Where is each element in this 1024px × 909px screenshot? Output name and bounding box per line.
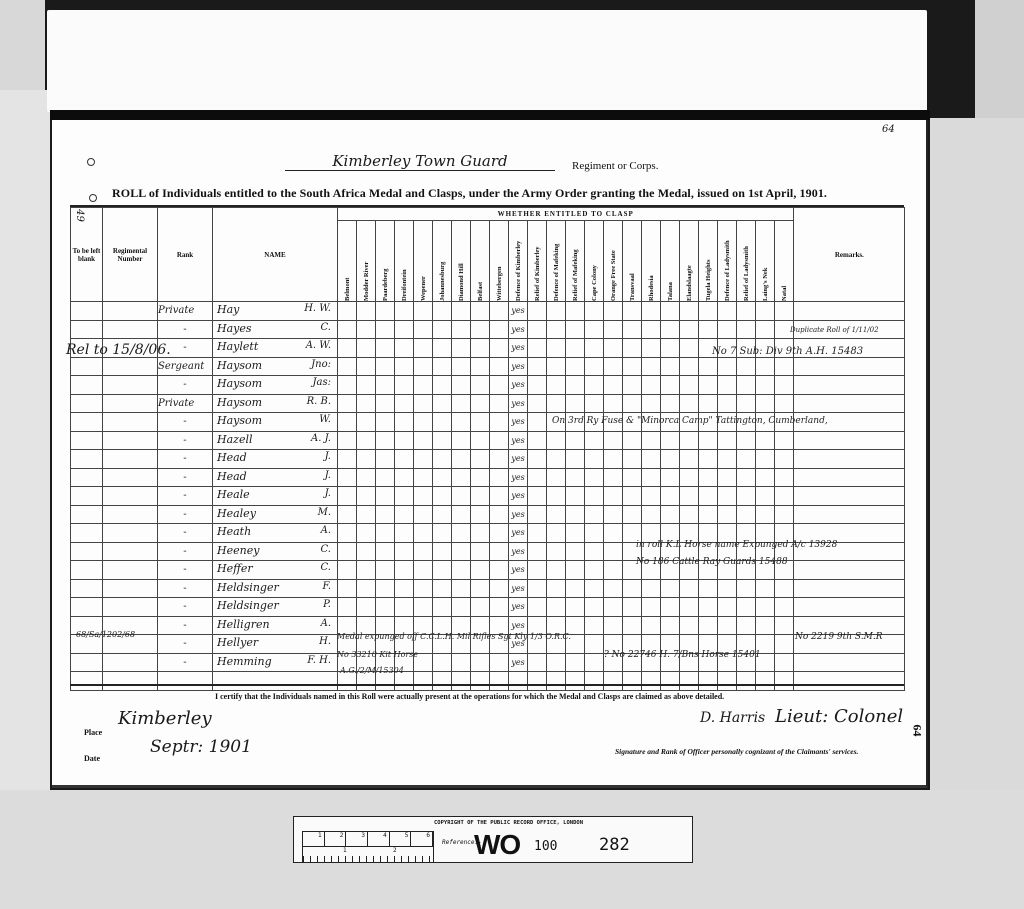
cell-clasp	[357, 524, 376, 543]
cell-clasp: yes	[509, 413, 528, 432]
cell-clasp	[490, 505, 509, 524]
cell-left-blank	[71, 487, 103, 506]
cell-clasp	[490, 561, 509, 580]
cell-clasp	[680, 616, 699, 635]
cell-clasp	[452, 302, 471, 321]
clasp-label: Laing's Nek	[762, 221, 769, 301]
cell-clasp	[718, 376, 737, 395]
cell-clasp	[414, 579, 433, 598]
cell-clasp	[414, 468, 433, 487]
clasp-label: Orange Free State	[610, 221, 617, 301]
table-row: -HazellA. J.yes	[71, 431, 905, 450]
cell-clasp	[604, 505, 623, 524]
ruler-tick-label: 6	[411, 832, 433, 846]
cell-clasp	[699, 357, 718, 376]
cell-clasp	[338, 357, 357, 376]
cell-clasp	[566, 505, 585, 524]
signature-label: Signature and Rank of Officer personally…	[615, 747, 858, 756]
scale-ruler: 123456 12	[302, 831, 434, 863]
surname: Heale	[217, 488, 250, 501]
cell-clasp	[585, 524, 604, 543]
cell-clasp	[585, 561, 604, 580]
cell-blank	[566, 672, 585, 691]
cell-clasp	[680, 487, 699, 506]
cell-regimental-number	[103, 505, 158, 524]
cell-clasp	[718, 450, 737, 469]
cell-clasp	[775, 357, 794, 376]
cell-clasp	[528, 394, 547, 413]
cell-regimental-number	[103, 450, 158, 469]
cell-clasp	[395, 598, 414, 617]
surname: Haysom	[217, 414, 262, 427]
cell-clasp	[718, 431, 737, 450]
cell-clasp	[395, 302, 414, 321]
cell-clasp	[566, 339, 585, 358]
cell-clasp	[699, 394, 718, 413]
cell-clasp	[718, 487, 737, 506]
cell-clasp	[490, 376, 509, 395]
cell-clasp	[680, 450, 699, 469]
cell-clasp	[528, 357, 547, 376]
cell-rank: -	[158, 505, 213, 524]
cell-clasp	[547, 339, 566, 358]
reference-card: 123456 12 COPYRIGHT OF THE PUBLIC RECORD…	[293, 816, 693, 863]
cell-clasp	[528, 487, 547, 506]
surname: Head	[217, 451, 247, 464]
cell-clasp	[623, 357, 642, 376]
cell-remarks	[794, 579, 905, 598]
cell-clasp	[604, 394, 623, 413]
cell-clasp	[623, 339, 642, 358]
cell-clasp	[699, 598, 718, 617]
place-label: Place	[84, 728, 102, 737]
cell-clasp	[433, 468, 452, 487]
cell-clasp	[756, 505, 775, 524]
cell-clasp	[433, 413, 452, 432]
cell-clasp	[452, 598, 471, 617]
cell-clasp	[338, 524, 357, 543]
cell-clasp	[490, 450, 509, 469]
cell-clasp	[566, 376, 585, 395]
cell-clasp	[718, 616, 737, 635]
cell-clasp	[452, 320, 471, 339]
cell-clasp	[585, 635, 604, 654]
cell-clasp	[585, 505, 604, 524]
cell-clasp	[395, 320, 414, 339]
cell-clasp	[433, 394, 452, 413]
initials: J.	[325, 470, 331, 481]
surname: Heath	[217, 525, 251, 538]
cell-blank	[158, 672, 213, 691]
col-name: NAME	[213, 208, 338, 302]
cell-clasp	[357, 413, 376, 432]
scan-margin-left	[0, 90, 50, 790]
cell-regimental-number	[103, 357, 158, 376]
cell-clasp	[376, 320, 395, 339]
cell-left-blank	[71, 579, 103, 598]
col-clasp: Tugela Heights	[699, 221, 718, 302]
signature-rank: Lieut: Colonel	[775, 706, 903, 727]
cell-clasp	[376, 413, 395, 432]
cell-clasp	[376, 487, 395, 506]
cell-clasp: yes	[509, 487, 528, 506]
cell-clasp	[775, 653, 794, 672]
surname: Heeney	[217, 544, 259, 557]
cell-name: HaysomR. B.	[213, 394, 338, 413]
cell-blank	[718, 672, 737, 691]
remark-row-7: On 3rd Ry Fuse & "Minorca Camp" Tattingt…	[552, 416, 828, 426]
cell-rank: -	[158, 450, 213, 469]
cell-clasp	[376, 505, 395, 524]
cell-remarks	[794, 357, 905, 376]
clasp-label: Modder River	[363, 221, 370, 301]
col-clasp: Wepener	[414, 221, 433, 302]
cell-regimental-number	[103, 487, 158, 506]
cell-clasp	[528, 431, 547, 450]
cell-clasp	[566, 487, 585, 506]
cell-clasp	[566, 302, 585, 321]
cell-clasp	[395, 431, 414, 450]
cell-clasp	[604, 468, 623, 487]
cell-remarks	[794, 505, 905, 524]
cell-clasp	[338, 431, 357, 450]
col-clasp: Relief of Mafeking	[566, 221, 585, 302]
cell-clasp	[528, 598, 547, 617]
cell-clasp	[338, 413, 357, 432]
cell-clasp	[680, 431, 699, 450]
cell-regimental-number	[103, 524, 158, 543]
cell-clasp: yes	[509, 505, 528, 524]
certification-text: I certify that the Individuals named in …	[215, 692, 724, 701]
cell-clasp	[661, 339, 680, 358]
clasp-label: Tugela Heights	[705, 221, 712, 301]
cell-blank	[623, 672, 642, 691]
cell-clasp	[395, 561, 414, 580]
cell-clasp	[338, 561, 357, 580]
cell-regimental-number	[103, 468, 158, 487]
clasp-label: Dreifontein	[401, 221, 408, 301]
initials: Jas:	[313, 377, 331, 388]
cell-clasp	[471, 357, 490, 376]
cell-clasp	[357, 487, 376, 506]
cell-clasp: yes	[509, 561, 528, 580]
cell-clasp: yes	[509, 320, 528, 339]
ruler-tick-label: 3	[346, 832, 368, 846]
cell-clasp	[661, 320, 680, 339]
col-clasp: Diamond Hill	[452, 221, 471, 302]
cell-clasp	[737, 598, 756, 617]
folio-number: 49	[74, 209, 85, 222]
cell-clasp	[528, 302, 547, 321]
cell-left-blank	[71, 357, 103, 376]
cell-clasp	[775, 505, 794, 524]
cell-left-blank	[71, 413, 103, 432]
cell-blank	[547, 672, 566, 691]
cell-clasp	[433, 339, 452, 358]
cell-rank: -	[158, 413, 213, 432]
cell-clasp	[395, 376, 414, 395]
col-clasp: Defence of Mafeking	[547, 221, 566, 302]
surname: Hellyer	[217, 636, 258, 649]
cell-blank	[680, 672, 699, 691]
cell-rank: -	[158, 376, 213, 395]
cell-blank	[452, 672, 471, 691]
cell-name: HeeneyC.	[213, 542, 338, 561]
cell-name: HaysomJno:	[213, 357, 338, 376]
cell-clasp	[642, 302, 661, 321]
cell-clasp	[414, 542, 433, 561]
table-row-blank	[71, 672, 905, 691]
cell-clasp	[471, 450, 490, 469]
col-clasp: Elandslaagte	[680, 221, 699, 302]
cell-clasp	[775, 431, 794, 450]
cell-clasp	[357, 431, 376, 450]
cell-blank	[103, 672, 158, 691]
initials: A. J.	[311, 433, 331, 444]
initials: H. W.	[304, 303, 331, 314]
cell-clasp	[680, 302, 699, 321]
cell-regimental-number	[103, 579, 158, 598]
cell-clasp	[604, 542, 623, 561]
cell-left-blank	[71, 394, 103, 413]
initials: R. B.	[307, 396, 331, 407]
initials: W.	[319, 414, 331, 425]
col-clasp: Relief of Kimberley	[528, 221, 547, 302]
cell-clasp	[452, 653, 471, 672]
medal-roll-table: 49 To be left blank Regimental Number Ra…	[70, 207, 905, 691]
surname: Haysom	[217, 396, 262, 409]
cell-clasp	[414, 413, 433, 432]
cell-name: HeathA.	[213, 524, 338, 543]
cell-clasp	[737, 376, 756, 395]
cell-clasp	[471, 394, 490, 413]
cell-name: HayesC.	[213, 320, 338, 339]
cell-clasp	[357, 598, 376, 617]
cell-clasp	[395, 394, 414, 413]
cell-clasp	[566, 357, 585, 376]
cell-clasp	[756, 616, 775, 635]
ruler-tick-label: 2	[325, 832, 347, 846]
cell-name: HeldsingerF.	[213, 579, 338, 598]
cell-clasp	[756, 598, 775, 617]
cell-clasp	[699, 320, 718, 339]
cell-clasp	[528, 376, 547, 395]
cell-blank	[414, 672, 433, 691]
cell-left-blank	[71, 542, 103, 561]
cell-clasp	[737, 450, 756, 469]
cell-clasp	[528, 339, 547, 358]
cell-clasp	[433, 376, 452, 395]
row-20-extra: A.G./2/M/15304	[340, 666, 404, 675]
initials: F.	[322, 581, 331, 592]
cell-clasp	[566, 524, 585, 543]
date-label: Date	[84, 754, 100, 763]
clasp-label: Defence of Kimberley	[515, 221, 522, 301]
cell-clasp	[737, 357, 756, 376]
cell-clasp	[737, 320, 756, 339]
cell-blank	[471, 672, 490, 691]
fold-shadow	[50, 110, 930, 120]
clasp-label: Diamond Hill	[458, 221, 465, 301]
cell-clasp	[490, 302, 509, 321]
cell-clasp	[737, 579, 756, 598]
cell-clasp	[775, 616, 794, 635]
cell-clasp	[338, 339, 357, 358]
cell-clasp	[490, 431, 509, 450]
cell-clasp	[433, 450, 452, 469]
initials: M.	[318, 507, 331, 518]
cell-clasp: yes	[509, 653, 528, 672]
cell-left-blank	[71, 524, 103, 543]
cell-blank	[490, 672, 509, 691]
cell-regimental-number	[103, 320, 158, 339]
cell-blank	[528, 672, 547, 691]
cell-clasp	[737, 616, 756, 635]
cell-clasp	[452, 579, 471, 598]
cell-clasp	[452, 357, 471, 376]
cell-clasp	[414, 339, 433, 358]
col-clasp: Belfast	[471, 221, 490, 302]
table-row: -HaysomJas:yes	[71, 376, 905, 395]
cell-clasp	[604, 357, 623, 376]
cell-name: HeadJ.	[213, 468, 338, 487]
cell-clasp	[490, 394, 509, 413]
surname: Heldsinger	[217, 581, 279, 594]
cell-clasp	[528, 468, 547, 487]
cell-clasp	[452, 450, 471, 469]
table-row: PrivateHaysomR. B.yes	[71, 394, 905, 413]
cell-clasp	[623, 376, 642, 395]
cell-clasp	[699, 468, 718, 487]
cell-clasp	[452, 524, 471, 543]
cell-clasp	[376, 468, 395, 487]
cell-clasp	[395, 413, 414, 432]
cell-clasp	[471, 598, 490, 617]
date-value: Septr: 1901	[150, 737, 252, 757]
cell-rank: Private	[158, 302, 213, 321]
cell-name: HealeJ.	[213, 487, 338, 506]
cell-rank: Private	[158, 394, 213, 413]
cell-clasp	[642, 598, 661, 617]
surname: Heffer	[217, 562, 253, 575]
clasp-label: Belfast	[477, 221, 484, 301]
cell-clasp	[547, 468, 566, 487]
initials: A.	[321, 525, 331, 536]
surname: Hay	[217, 303, 239, 316]
cell-clasp	[376, 376, 395, 395]
cell-clasp	[357, 450, 376, 469]
table-row: -HeadJ.yes	[71, 450, 905, 469]
col-clasp: Cape Colony	[585, 221, 604, 302]
cell-clasp	[471, 524, 490, 543]
cell-blank	[661, 672, 680, 691]
cell-rank: -	[158, 524, 213, 543]
cell-remarks	[794, 653, 905, 672]
cell-clasp	[737, 487, 756, 506]
cell-remarks	[794, 394, 905, 413]
remark-row-3: No 7 Sub: Div 9th A.H. 15483	[712, 346, 863, 357]
cell-clasp	[680, 376, 699, 395]
cell-clasp	[642, 320, 661, 339]
cell-clasp: yes	[509, 542, 528, 561]
cell-clasp	[680, 394, 699, 413]
cell-remarks	[794, 598, 905, 617]
cell-clasp	[433, 653, 452, 672]
cell-left-blank	[71, 468, 103, 487]
cell-clasp: yes	[509, 339, 528, 358]
col-clasp: Paardeberg	[376, 221, 395, 302]
left-note: Rel to 15/8/06.	[66, 342, 171, 358]
surname: Helligren	[217, 618, 270, 631]
cell-clasp	[585, 468, 604, 487]
cell-clasp	[490, 487, 509, 506]
cell-clasp	[661, 505, 680, 524]
reference-class: 100	[534, 839, 557, 854]
cell-clasp	[471, 542, 490, 561]
cell-clasp	[357, 320, 376, 339]
cell-blank	[794, 672, 905, 691]
cell-clasp	[604, 487, 623, 506]
cell-remarks	[794, 302, 905, 321]
cell-regimental-number	[103, 394, 158, 413]
cell-clasp	[585, 487, 604, 506]
cell-clasp	[585, 302, 604, 321]
punch-hole-icon	[89, 194, 97, 202]
cell-left-blank	[71, 320, 103, 339]
cell-clasp	[604, 450, 623, 469]
clasp-label: Belmont	[344, 221, 351, 301]
col-regimental-number: Regimental Number	[103, 208, 158, 302]
cell-clasp	[642, 487, 661, 506]
cell-clasp	[699, 450, 718, 469]
cell-clasp	[433, 505, 452, 524]
col-clasp: Orange Free State	[604, 221, 623, 302]
cell-remarks	[794, 376, 905, 395]
cell-clasp	[623, 302, 642, 321]
col-clasp: Belmont	[338, 221, 357, 302]
initials: F. H.	[307, 655, 331, 666]
cell-remarks	[794, 450, 905, 469]
cell-clasp	[395, 487, 414, 506]
cell-name: HefferC.	[213, 561, 338, 580]
cell-clasp: yes	[509, 302, 528, 321]
cell-name: HelligrenA.	[213, 616, 338, 635]
cell-blank	[737, 672, 756, 691]
col-clasp: Natal	[775, 221, 794, 302]
cell-clasp	[680, 339, 699, 358]
cell-clasp	[395, 542, 414, 561]
cell-clasp	[680, 505, 699, 524]
cell-clasp	[737, 468, 756, 487]
cell-clasp	[547, 431, 566, 450]
cell-regimental-number	[103, 653, 158, 672]
cell-clasp	[623, 431, 642, 450]
cell-clasp: yes	[509, 431, 528, 450]
initials: C.	[321, 562, 331, 573]
footer-rule	[70, 684, 904, 686]
cell-clasp	[737, 505, 756, 524]
cell-clasp	[471, 505, 490, 524]
surname: Healey	[217, 507, 256, 520]
cell-blank	[775, 672, 794, 691]
roll-title: ROLL of Individuals entitled to the Sout…	[112, 186, 827, 201]
cell-clasp	[585, 394, 604, 413]
cell-clasp	[623, 487, 642, 506]
cell-clasp	[547, 598, 566, 617]
remark-row-2: Duplicate Roll of 1/11/02	[790, 326, 879, 334]
clasp-label: Transvaal	[629, 221, 636, 301]
cell-clasp	[395, 468, 414, 487]
